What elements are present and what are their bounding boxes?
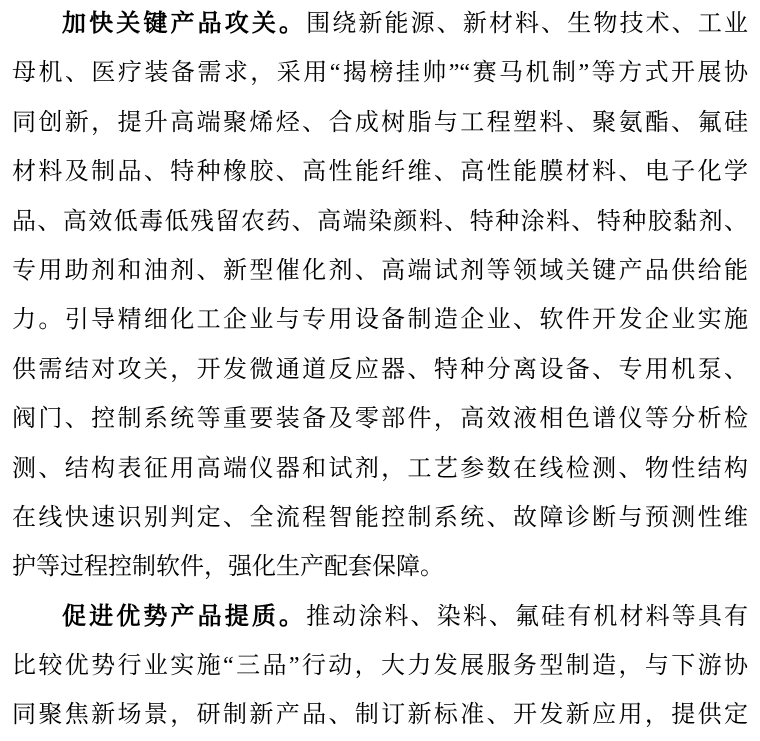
line-text: 在线快速识别判定、全流程智能控制系统、故障诊断与预测性维: [12, 505, 748, 531]
line-text: 供需结对攻关，开发微通道反应器、特种分离设备、专用机泵、: [12, 357, 748, 383]
text-line: 供需结对攻关，开发微通道反应器、特种分离设备、专用机泵、: [12, 346, 748, 395]
text-line: 同创新，提升高端聚烯烃、合成树脂与工程塑料、聚氨酯、氟硅: [12, 99, 748, 148]
paragraph-lead-bold: 加快关键产品攻关。: [62, 11, 306, 37]
text-line: 品、高效低毒低残留农药、高端染颜料、特种涂料、特种胶黏剂、: [12, 198, 748, 247]
line-text: 母机、医疗装备需求，采用“揭榜挂帅”“赛马机制”等方式开展协: [12, 60, 748, 86]
paragraph-lead-bold: 促进优势产品提质。: [62, 604, 306, 630]
line-text: 护等过程控制软件，强化生产配套保障。: [12, 554, 444, 580]
text-line: 在线快速识别判定、全流程智能控制系统、故障诊断与预测性维: [12, 494, 748, 543]
line-text: 比较优势行业实施“三品”行动，大力发展服务型制造，与下游协: [12, 653, 748, 679]
document-page: 加快关键产品攻关。围绕新能源、新材料、生物技术、工业母机、医疗装备需求，采用“揭…: [0, 0, 760, 741]
paragraph: 加快关键产品攻关。围绕新能源、新材料、生物技术、工业母机、医疗装备需求，采用“揭…: [12, 0, 748, 593]
text-line: 促进优势产品提质。推动涂料、染料、氟硅有机材料等具有: [12, 593, 748, 642]
text-line: 测、结构表征用高端仪器和试剂，工艺参数在线检测、物性结构: [12, 445, 748, 494]
text-line: 母机、医疗装备需求，采用“揭榜挂帅”“赛马机制”等方式开展协: [12, 49, 748, 98]
text-line: 加快关键产品攻关。围绕新能源、新材料、生物技术、工业: [12, 0, 748, 49]
text-line: 材料及制品、特种橡胶、高性能纤维、高性能膜材料、电子化学: [12, 148, 748, 197]
line-text: 测、结构表征用高端仪器和试剂，工艺参数在线检测、物性结构: [12, 456, 748, 482]
text-line: 护等过程控制软件，强化生产配套保障。: [12, 543, 748, 592]
line-text: 力。引导精细化工企业与专用设备制造企业、软件开发企业实施: [12, 307, 748, 333]
line-text: 推动涂料、染料、氟硅有机材料等具有: [306, 604, 748, 630]
line-text: 同创新，提升高端聚烯烃、合成树脂与工程塑料、聚氨酯、氟硅: [12, 110, 748, 136]
line-text: 专用助剂和油剂、新型催化剂、高端试剂等领域关键产品供给能: [12, 258, 748, 284]
text-line: 专用助剂和油剂、新型催化剂、高端试剂等领域关键产品供给能: [12, 247, 748, 296]
line-text: 品、高效低毒低残留农药、高端染颜料、特种涂料、特种胶黏剂、: [12, 209, 748, 235]
text-line: 同聚焦新场景，研制新产品、制订新标准、开发新应用，提供定: [12, 691, 748, 740]
line-text: 围绕新能源、新材料、生物技术、工业: [306, 11, 748, 37]
line-text: 阀门、控制系统等重要装备及零部件，高效液相色谱仪等分析检: [12, 406, 748, 432]
text-line: 力。引导精细化工企业与专用设备制造企业、软件开发企业实施: [12, 296, 748, 345]
text-line: 阀门、控制系统等重要装备及零部件，高效液相色谱仪等分析检: [12, 395, 748, 444]
line-text: 同聚焦新场景，研制新产品、制订新标准、开发新应用，提供定: [12, 702, 748, 728]
paragraph: 促进优势产品提质。推动涂料、染料、氟硅有机材料等具有比较优势行业实施“三品”行动…: [12, 593, 748, 741]
text-line: 比较优势行业实施“三品”行动，大力发展服务型制造，与下游协: [12, 642, 748, 691]
line-text: 材料及制品、特种橡胶、高性能纤维、高性能膜材料、电子化学: [12, 159, 748, 185]
